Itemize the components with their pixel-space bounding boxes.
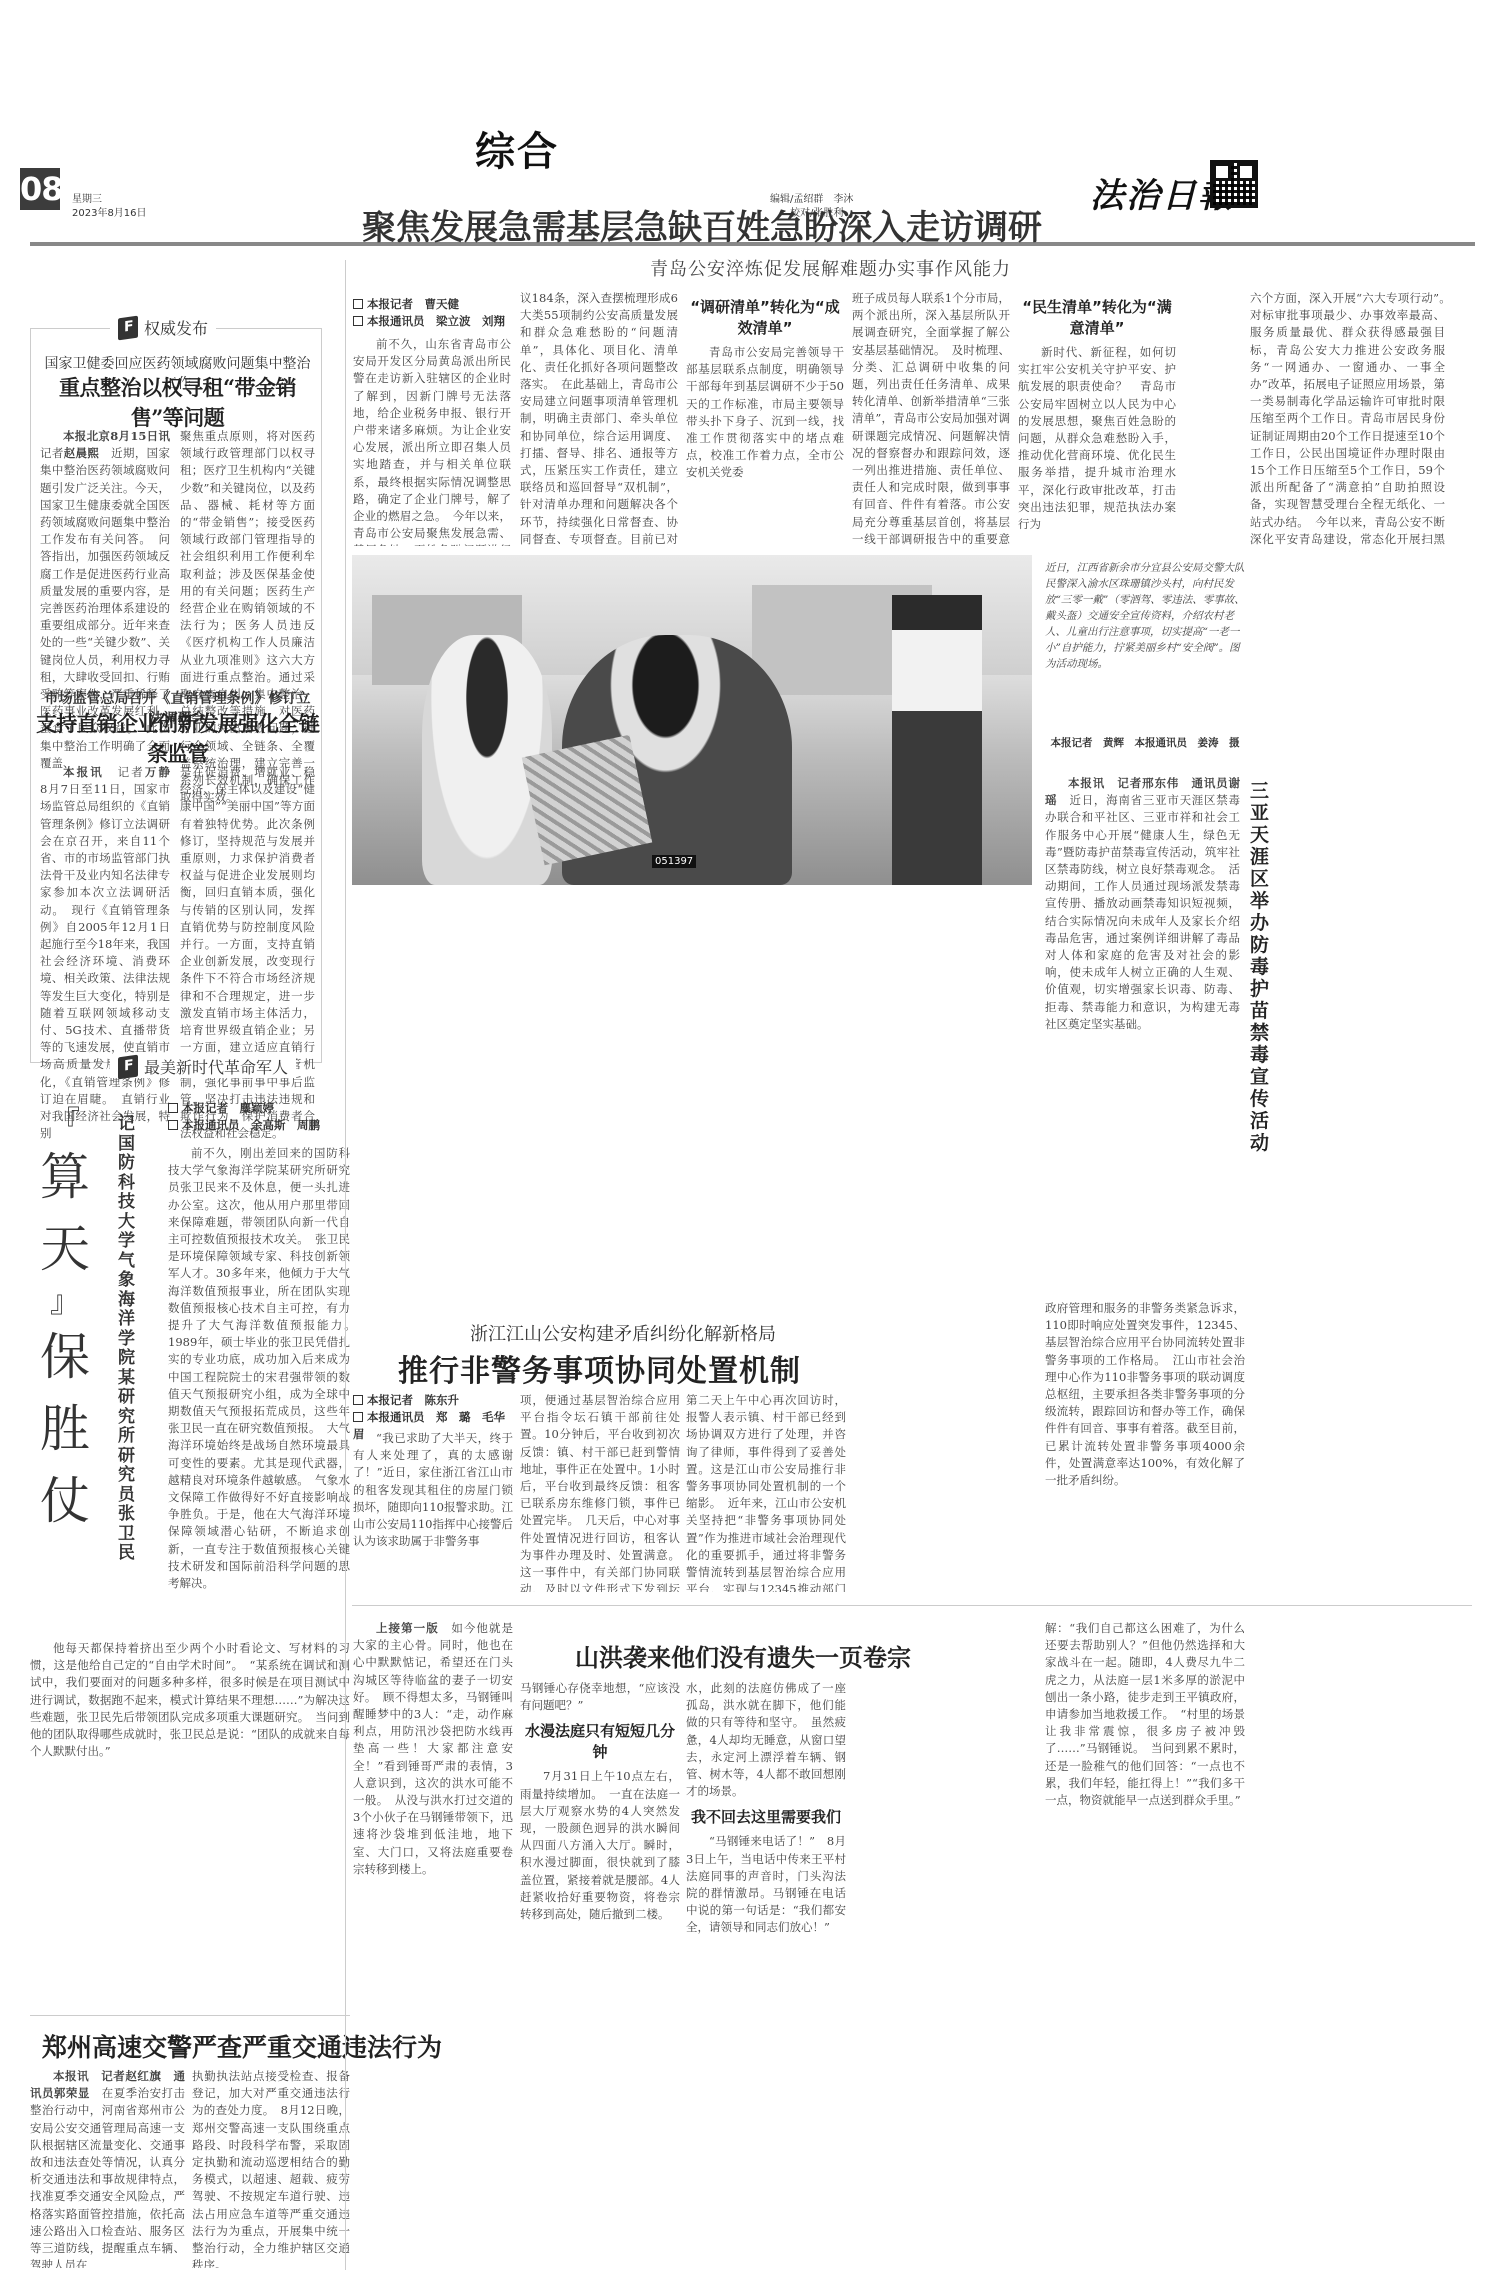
article-headline-vertical: 三亚天涯区举办防毒护苗禁毒宣传活动 [1250, 780, 1274, 1154]
article-body-column: “调研清单”转化为“成效清单” 青岛市公安局完善领导干部基层联系点制度，明确领导… [686, 290, 844, 546]
byline: 本报记者 曹天健 本报通讯员 梁立波 刘翔 [353, 296, 513, 330]
section-divider [30, 2015, 350, 2016]
article-body-column: “我已求助了大半天，终于有人来处理了，真的太感谢了！”近日，家住浙江省江山市的租… [353, 1430, 513, 1590]
article-body-column: 班子成员每人联系1个分市局，两个派出所，深入基层所队开展调查研究，全面掌握了解公… [852, 290, 1010, 546]
article-subhead: “调研清单”转化为“成效清单” [686, 296, 844, 338]
article-body-column: 马钢锤心存侥幸地想，“应该没有问题吧？” 水漫法庭只有短短几分钟 7月31日上午… [520, 1680, 680, 2020]
article-subhead: 水漫法庭只有短短几分钟 [520, 1720, 680, 1762]
article-body-column: 议184条，深入查摆梳理形成6大类55项制约公安高质量发展和群众急难愁盼的“问题… [520, 290, 678, 546]
police-badge-number: 051397 [652, 855, 696, 868]
article-body-column: 政府管理和服务的非警务类紧急诉求，110即时响应处置突发事件，12345、基层智… [1045, 1300, 1245, 1600]
weekday: 星期三 [72, 190, 102, 205]
dateline: 本报讯 [63, 765, 104, 779]
byline: 本报记者 麋颖婷 本报通讯员 余高斯 周鹏 [168, 1100, 348, 1134]
photo-booklet [522, 735, 652, 865]
article-headline: 郑州高速交警严查严重交通违法行为 [42, 2028, 442, 2064]
article-body-column: 上接第一版 如今他就是大家的主心骨。同时，他也在心中默默惦记，希望还在门头沟城区… [353, 1620, 513, 2020]
article-body-column: 前不久，刚出差回来的国防科技大学气象海洋学院某研究所研究员张卫民来不及休息，便一… [168, 1145, 350, 1635]
article-body-column: 前不久，山东省青岛市公安局开发区分局黄岛派出所民警在走访新入驻辖区的企业时了解到… [353, 336, 511, 546]
section-divider [352, 1605, 1472, 1606]
section-badge-soldiers: 最美新时代革命军人 [110, 1055, 296, 1078]
article-body-column: 是在促消费、增就业、稳经济、保主体以及建设“健康中国”“美丽中国”等方面有着独特… [180, 764, 315, 1142]
article-headline: 重点整治以权寻租“带金销售”等问题 [36, 372, 319, 432]
checkbox-glyph-icon [353, 1395, 363, 1405]
checkbox-glyph-icon [353, 299, 363, 309]
issue-date: 2023年8月16日 [72, 204, 147, 219]
article-body-column: 他每天都保持着挤出至少两个小时看论文、写材料的习惯，这是他给自己定的“自由学术时… [30, 1640, 350, 2010]
article-body-column: 本报讯 记者赵红旗 通讯员郭荣显 在夏季治安打击整治行动中，河南省郑州市公安局公… [30, 2068, 185, 2268]
badge-label: 权威发布 [144, 316, 208, 339]
article-body-column: 解：“我们自己都这么困难了，为什么还要去帮助别人？”但他仍然选择和大家战斗在一起… [1045, 1620, 1245, 2020]
dateline: 本报讯 [53, 2069, 89, 2083]
checkbox-glyph-icon [353, 1412, 363, 1422]
article-body-column: 本报讯 记者邢东伟 通讯员谢瑶 近日，海南省三亚市天涯区禁毒办联合和平社区、三亚… [1045, 775, 1240, 1295]
feature-big-title: 『 算 天 』 保 胜 仗 [35, 1105, 95, 1537]
lead-subheadline: 青岛公安淬炼促发展解难题办实事作风能力 [650, 255, 1011, 281]
feature-subtitle-vertical: 记国防科技大学气象海洋学院某研究所研究员张卫民 [118, 1115, 140, 1564]
photo-caption: 近日，江西省新余市分宜县公安局交警大队民警深入渝水区珠珊镇沙头村，向村民发放“三… [1045, 560, 1245, 672]
continued-label: 上接第一版 [376, 1621, 439, 1635]
article-body-column: 执勤执法站点接受检查、报备登记，加大对严重交通违法行为的查处力度。 8月12日晚… [192, 2068, 350, 2268]
section-title: 综合 [475, 120, 559, 177]
article-body-column: 第二天上午中心再次回访时，报警人表示镇、村干部已经到场协调双方进行了处理，并咨询… [686, 1392, 846, 1592]
article-subhead: “民生清单”转化为“满意清单” [1018, 296, 1176, 338]
f-cube-icon [118, 315, 138, 340]
reporter-name: 万静 [145, 765, 170, 779]
photo-credit: 本报记者 黄辉 本报通讯员 姜涛 摄 [1045, 735, 1245, 750]
reporter-name: 赵晨熙 [64, 446, 100, 460]
news-photo: 051397 [352, 555, 1032, 885]
checkbox-glyph-icon [353, 316, 363, 326]
qr-code-icon [1210, 160, 1258, 208]
article-headline: 支持直销企业创新发展强化全链条监管 [36, 708, 319, 768]
f-cube-icon [118, 1054, 138, 1079]
lead-headline: 聚焦发展急需基层急缺百姓急盼深入走访调研 [362, 200, 1042, 249]
badge-label: 最美新时代革命军人 [144, 1055, 288, 1078]
article-body-column: 本报讯 记者万静 8月7日至11日，国家市场监管总局组织的《直销管理条例》修订立… [40, 764, 170, 1142]
article-subhead: 我不回去这里需要我们 [686, 1806, 846, 1827]
article-kicker: 浙江江山公安构建矛盾纠纷化解新格局 [470, 1320, 776, 1346]
article-headline: 推行非警务事项协同处置机制 [398, 1346, 801, 1390]
article-body-column: “民生清单”转化为“满意清单” 新时代、新征程，如何切实扛牢公安机关守护平安、护… [1018, 290, 1176, 546]
column-divider [345, 260, 346, 2270]
article-body-column: 项，便通过基层智治综合应用平台指令坛石镇干部前往处置。10分钟后，平台收到初次反… [520, 1392, 680, 1592]
section-badge-authority: 权威发布 [110, 316, 216, 339]
dateline: 本报北京8月15日讯 [63, 429, 170, 443]
checkbox-glyph-icon [168, 1120, 178, 1130]
article-headline: 山洪袭来他们没有遗失一页卷宗 [575, 1638, 911, 1673]
dateline: 本报讯 [1068, 776, 1105, 790]
checkbox-glyph-icon [168, 1103, 178, 1113]
page-number: 08 [20, 168, 60, 210]
article-body-column: 水，此刻的法庭仿佛成了一座孤岛，洪水就在脚下，他们能做的只有等待和坚守。 虽然疲… [686, 1680, 846, 2020]
article-body-column: 六个方面，深入开展“六大专项行动”。 对标审批事项最少、办事效率最高、服务质量最… [1250, 290, 1445, 546]
photo-traffic-officer [892, 595, 982, 885]
